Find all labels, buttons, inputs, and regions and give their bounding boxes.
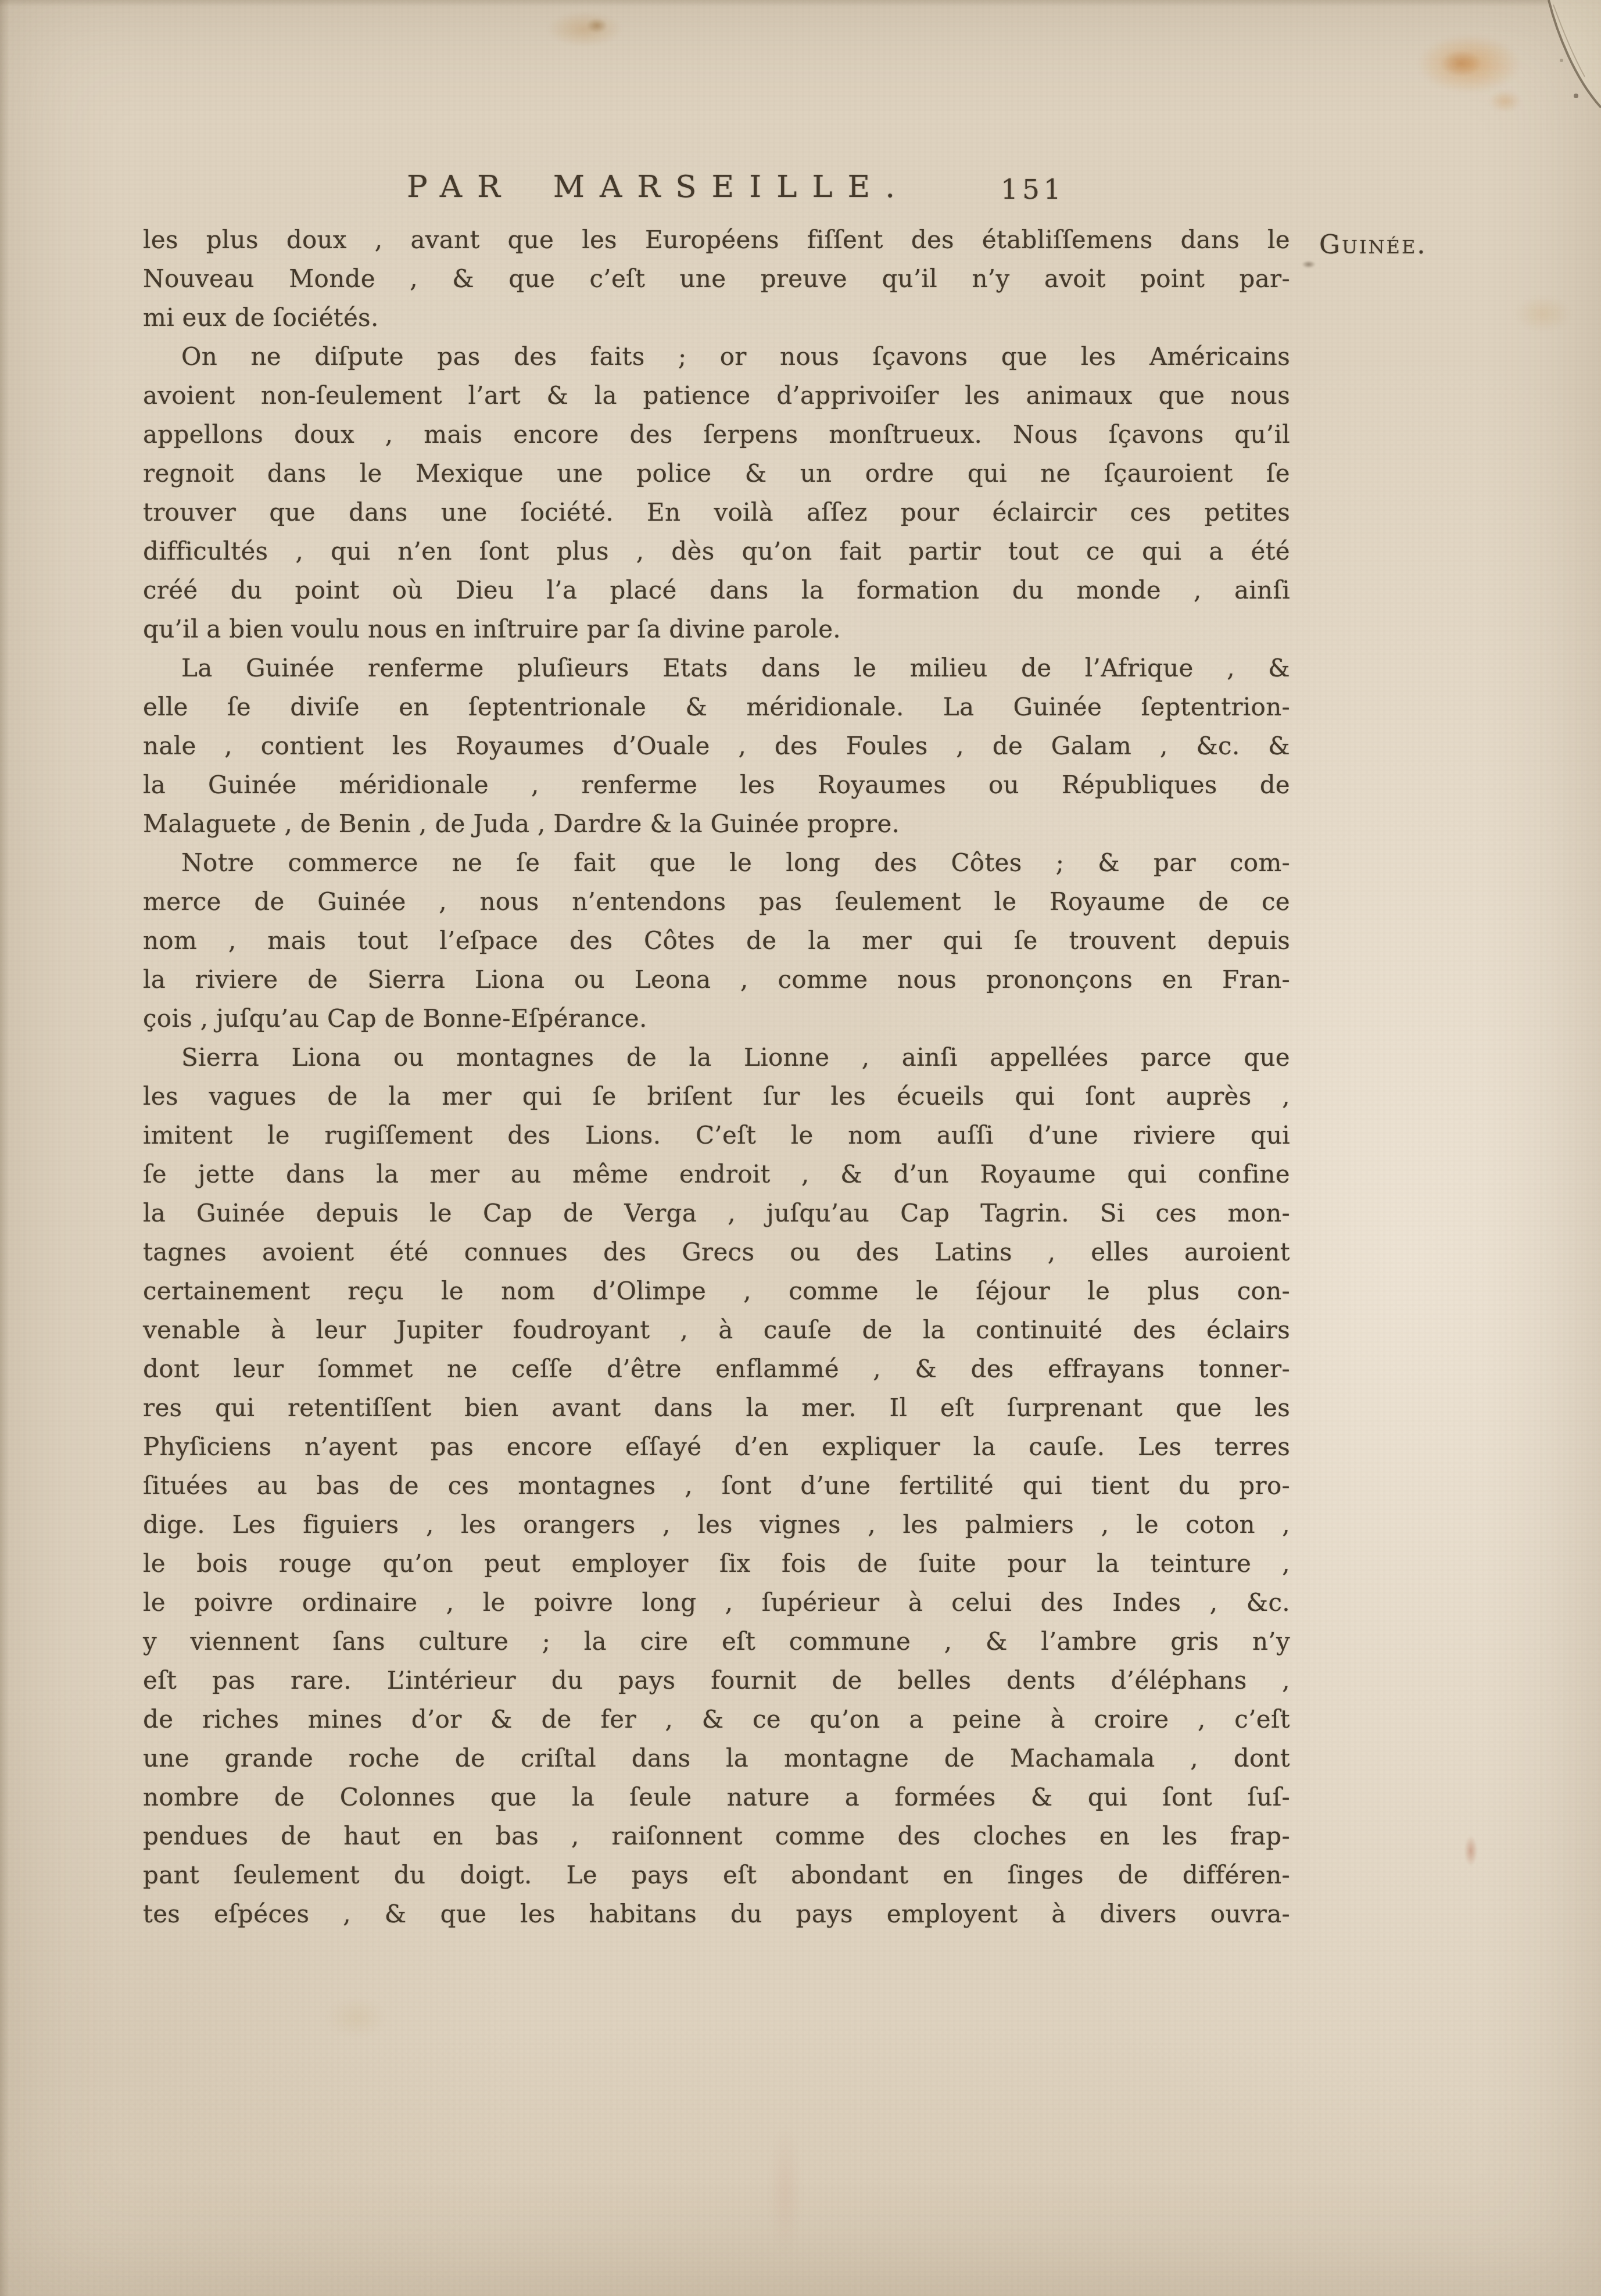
ink-speck — [1299, 259, 1318, 270]
text-line: la Guinée depuis le Cap de Verga , juſqu… — [143, 1194, 1290, 1233]
foxing-stain — [1433, 45, 1489, 81]
text-line: eſt pas rare. L’intérieur du pays fourni… — [143, 1661, 1290, 1700]
text-line: mi eux de ſociétés. — [143, 298, 1290, 337]
page-number: 151 — [1001, 174, 1065, 206]
text-line: merce de Guinée , nous n’entendons pas ſ… — [143, 882, 1290, 921]
text-line: le poivre ordinaire , le poivre long , ſ… — [143, 1583, 1290, 1622]
text-line: pendues de haut en bas , raiſonnent comm… — [143, 1817, 1290, 1856]
paper-crease-mark — [765, 2109, 805, 2272]
text-line: imitent le rugiſſement des Lions. C’eſt … — [143, 1116, 1290, 1155]
text-line: Phyſiciens n’ayent pas encore eſſayé d’e… — [143, 1427, 1290, 1466]
text-line: venable à leur Jupiter foudroyant , à ca… — [143, 1310, 1290, 1349]
foxing-stain — [532, 5, 637, 53]
foxing-stain — [1462, 1831, 1480, 1871]
text-line: elle ſe diviſe en ſeptentrionale & mérid… — [143, 687, 1290, 726]
text-line: la Guinée méridionale , renferme les Roy… — [143, 765, 1290, 804]
text-line: ſituées au bas de ces montagnes , ſont d… — [143, 1466, 1290, 1505]
text-line: pant ſeulement du doigt. Le pays eſt abo… — [143, 1856, 1290, 1894]
text-line: regnoit dans le Mexique une police & un … — [143, 454, 1290, 493]
text-line: tagnes avoient été connues des Grecs ou … — [143, 1233, 1290, 1271]
text-line: la riviere de Sierra Liona ou Leona , co… — [143, 960, 1290, 999]
text-line: de riches mines d’or & de fer , & ce qu’… — [143, 1700, 1290, 1739]
text-line: qu’il a bien voulu nous en inſtruire par… — [143, 610, 1290, 649]
scan-top-edge-shading — [0, 0, 1601, 7]
text-line: Notre commerce ne ſe fait que le long de… — [143, 843, 1290, 882]
text-line: le bois rouge qu’on peut employer ſix fo… — [143, 1544, 1290, 1583]
text-line: nombre de Colonnes que la ſeule nature a… — [143, 1778, 1290, 1817]
text-line: les plus doux , avant que les Européens … — [143, 220, 1290, 259]
text-line: trouver que dans une ſociété. En voilà a… — [143, 493, 1290, 532]
text-line: Malaguete , de Benin , de Juda , Dardre … — [143, 804, 1290, 843]
foxing-stain — [1399, 24, 1539, 103]
text-line: çois , juſqu’au Cap de Bonne-Eſpérance. — [143, 999, 1290, 1038]
text-line: certainement reçu le nom d’Olimpe , comm… — [143, 1271, 1290, 1310]
text-line: appellons doux , mais encore des ſerpens… — [143, 415, 1290, 454]
text-line: La Guinée renferme pluſieurs Etats dans … — [143, 649, 1290, 687]
text-line: dige. Les figuiers , les orangers , les … — [143, 1505, 1290, 1544]
text-line: nom , mais tout l’eſpace des Côtes de la… — [143, 921, 1290, 960]
text-line: y viennent ſans culture ; la cire eſt co… — [143, 1622, 1290, 1661]
margin-note-guinee: Guinée. — [1319, 229, 1427, 260]
text-line: tes eſpéces , & que les habitans du pays… — [143, 1894, 1290, 1933]
foxing-stain — [582, 15, 611, 36]
text-line: ſe jette dans la mer au même endroit , &… — [143, 1155, 1290, 1194]
foxing-stain — [1505, 291, 1581, 337]
scan-left-edge-shading — [0, 0, 9, 2296]
foxing-stain — [318, 1993, 394, 2042]
text-line: On ne diſpute pas des faits ; or nous ſç… — [143, 337, 1290, 376]
text-line: dont leur ſommet ne ceſſe d’être enflamm… — [143, 1349, 1290, 1388]
foxing-stain — [1483, 86, 1527, 116]
text-line: res qui retentiſſent bien avant dans la … — [143, 1388, 1290, 1427]
text-line: Sierra Liona ou montagnes de la Lionne ,… — [143, 1038, 1290, 1077]
page-body: les plus doux , avant que les Européens … — [143, 220, 1290, 1933]
text-line: créé du point où Dieu l’a placé dans la … — [143, 571, 1290, 610]
text-line: Nouveau Monde , & que c’eſt une preuve q… — [143, 259, 1290, 298]
text-line: une grande roche de criſtal dans la mont… — [143, 1739, 1290, 1778]
text-line: les vagues de la mer qui ſe briſent ſur … — [143, 1077, 1290, 1116]
running-head-title: PAR MARSEILLE. — [407, 169, 910, 205]
text-line: avoient non-ſeulement l’art & la patienc… — [143, 376, 1290, 415]
text-line: difficultés , qui n’en ſont plus , dès q… — [143, 532, 1290, 571]
book-page: PAR MARSEILLE. 151 Guinée. les plus doux… — [0, 0, 1601, 2296]
page-corner-fold — [1427, 0, 1601, 151]
text-line: nale , contient les Royaumes d’Ouale , d… — [143, 726, 1290, 765]
